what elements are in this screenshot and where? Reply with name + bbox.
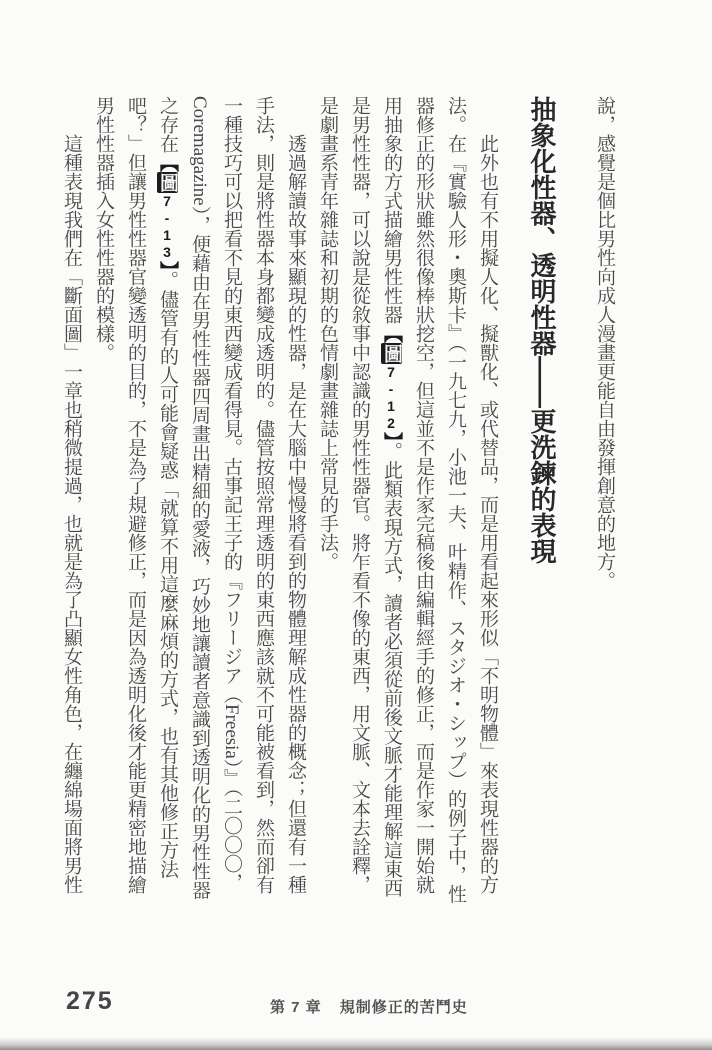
figure-ref-7-13: 【圖7-13】 [157,153,178,271]
intro-paragraph: 說，感覺是個比男性向成人漫畫更能自由發揮創意的地方。 [588,96,620,908]
figure-badge-icon: 圖 [381,343,402,364]
book-page: 說，感覺是個比男性向成人漫畫更能自由發揮創意的地方。 抽象化性器、透明性器——更… [0,0,712,1050]
page-number: 275 [66,987,114,1016]
figure-number: 7-12 [383,364,399,432]
figure-bracket-close: 】 [157,261,178,271]
scan-shadow-bottom-edge [0,1037,712,1050]
chapter-label: 第 7 章 [270,996,322,1017]
figure-badge-icon: 圖 [157,172,178,193]
paragraph-2-text-a: 透過解讀故事來顯現的性器，是在大腦中慢慢將看到的物體理解成性器的概念；但還有一種… [157,96,306,899]
figure-bracket-open: 【 [381,324,402,343]
figure-number: 7-13 [159,193,175,261]
main-text-area: 說，感覺是個比男性向成人漫畫更能自由發揮創意的地方。 抽象化性器、透明性器——更… [54,96,620,908]
chapter-title: 規制修正的苦鬥史 [340,996,468,1017]
paragraph-1: 此外也有不用擬人化、擬獸化、或代替品，而是用看起來形似「不明物體」來表現性器的方… [311,96,503,908]
paragraph-3: 這種表現我們在「斷面圖」一章也稍微提過，也就是為了凸顯女性角色，在纏綿場面將男性 [55,96,87,908]
section-heading: 抽象化性器、透明性器——更洗鍊的表現 [525,96,559,908]
figure-bracket-open: 【 [157,153,178,172]
running-footer: 第 7 章 規制修正的苦鬥史 [270,996,468,1017]
paragraph-2: 透過解讀故事來顯現的性器，是在大腦中慢慢將看到的物體理解成性器的概念；但還有一種… [87,96,311,908]
figure-bracket-close: 】 [381,432,402,442]
figure-ref-7-12: 【圖7-12】 [381,324,402,442]
